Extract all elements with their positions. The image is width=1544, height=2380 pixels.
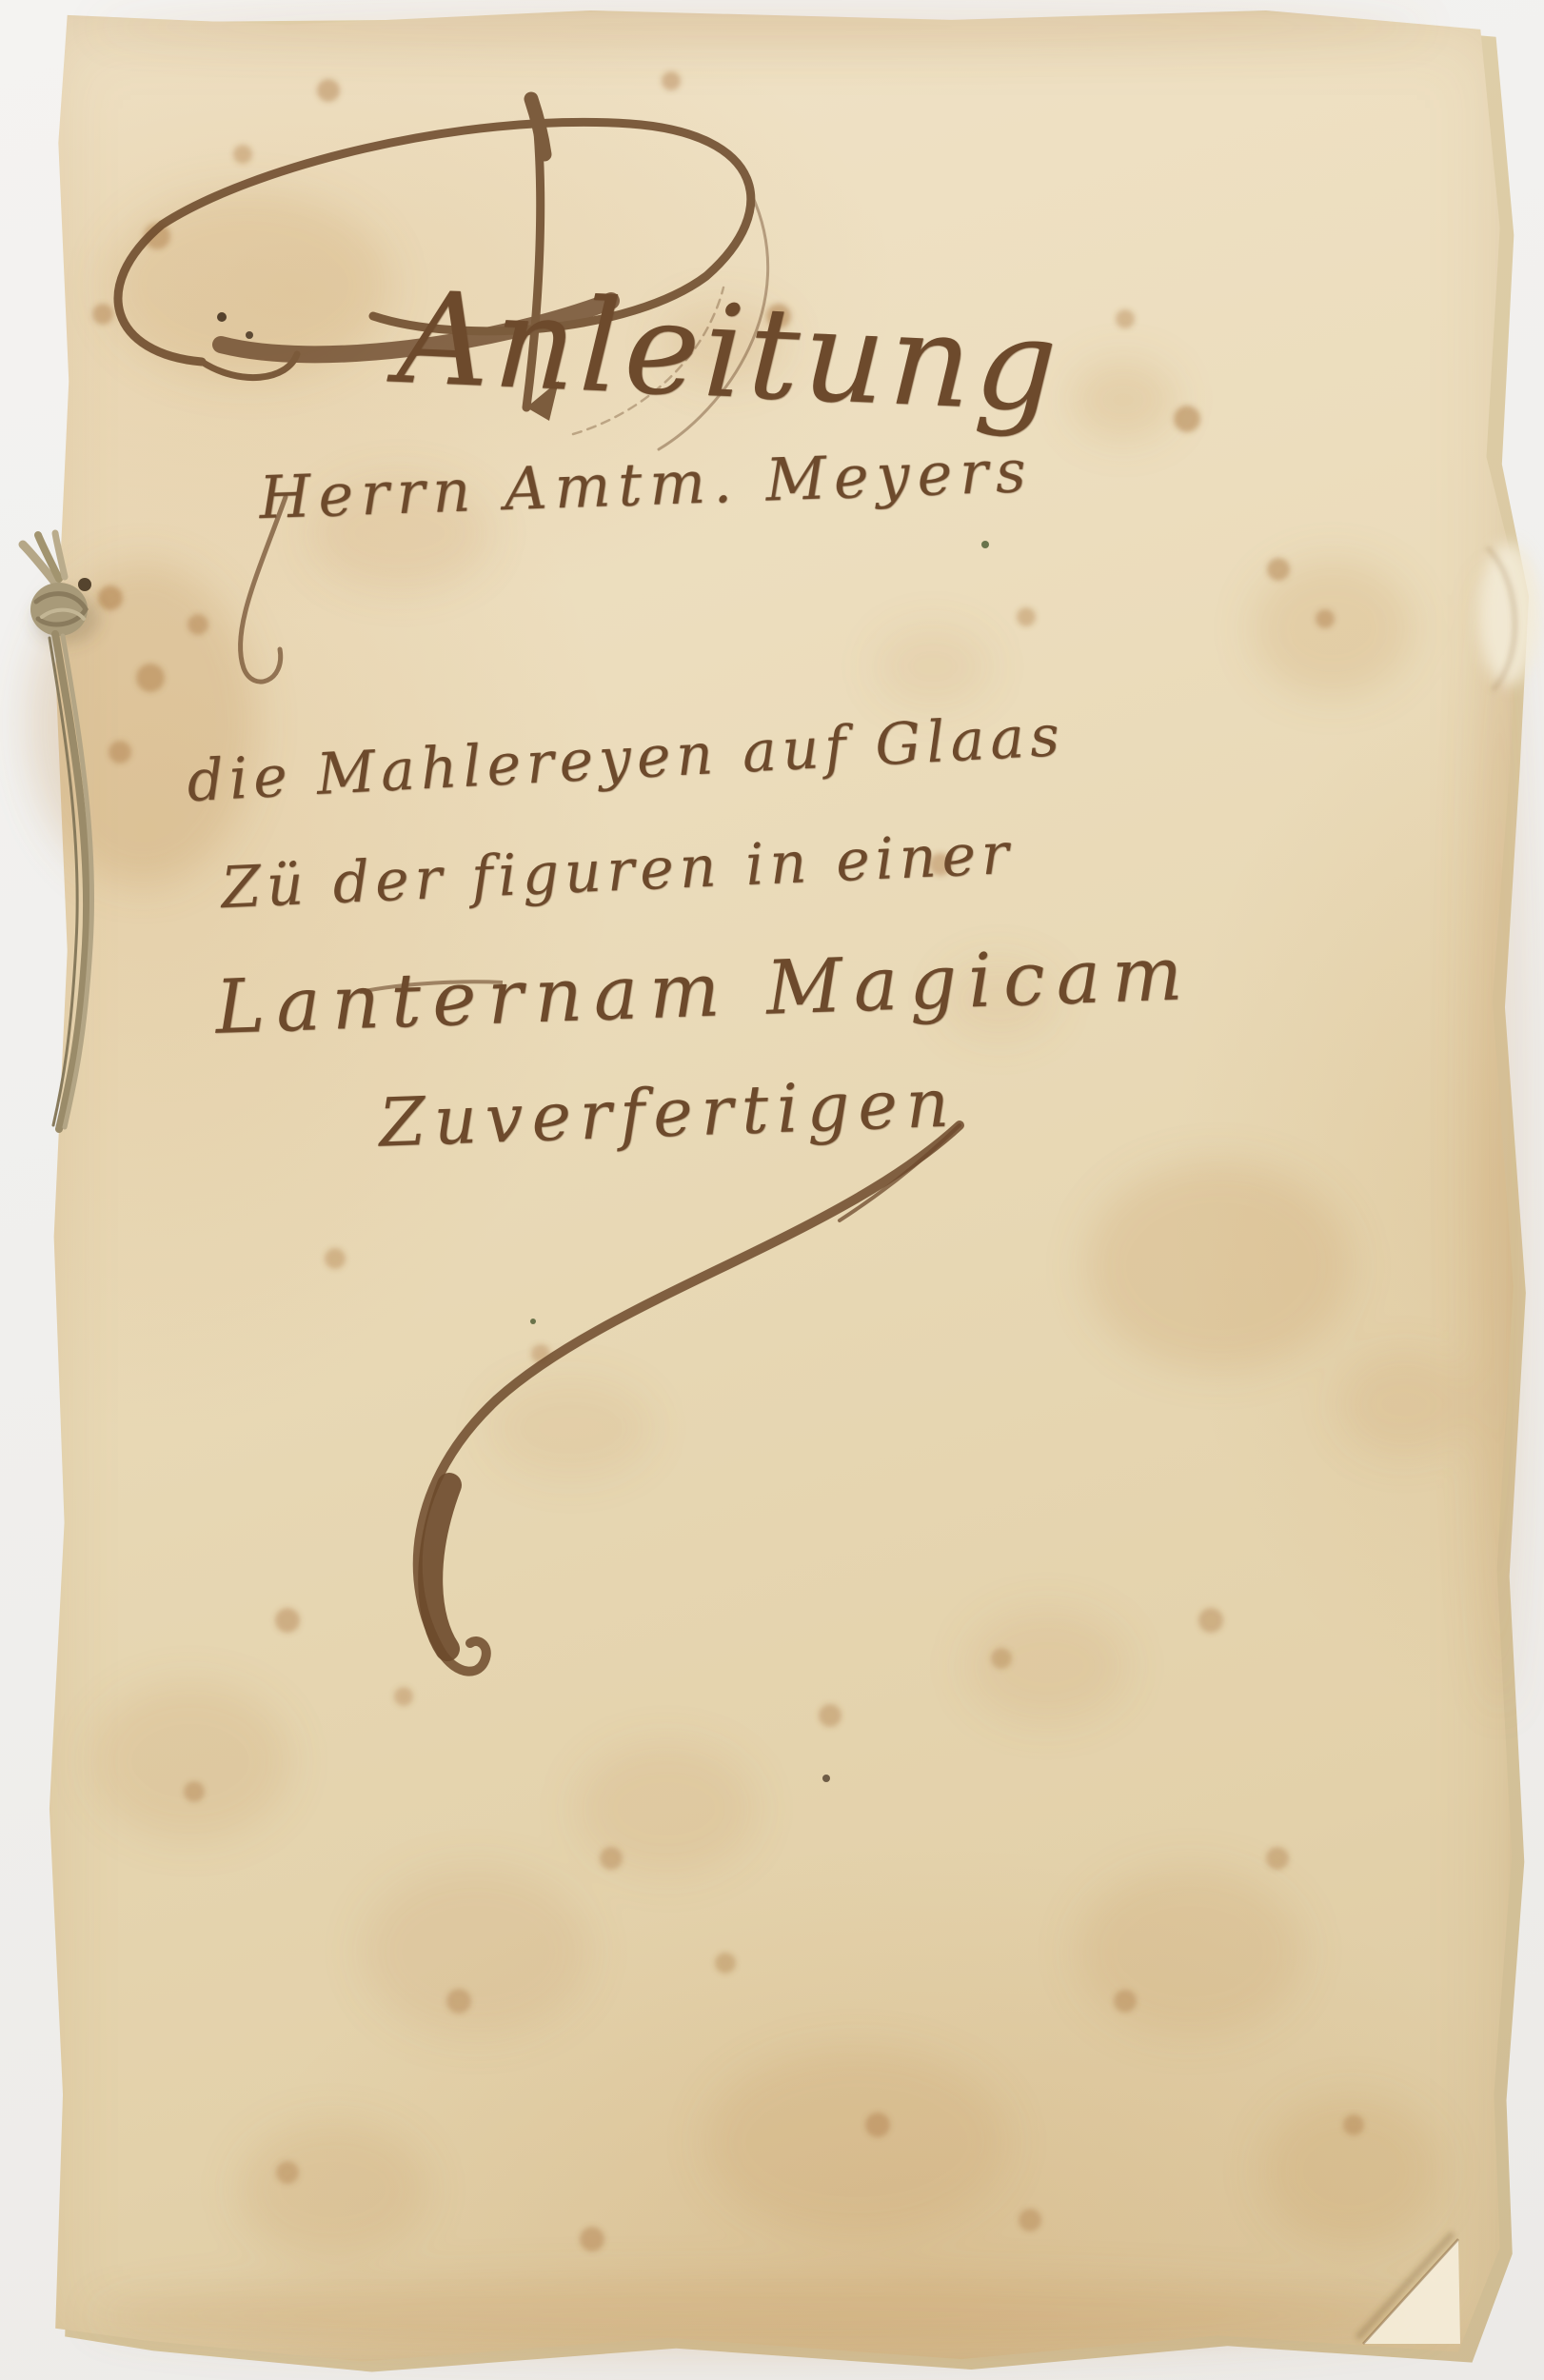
photo-background: Anleitung Herrn Amtm. Meyers die Mahlere…	[0, 0, 1544, 2380]
manuscript-title: Anleitung	[395, 264, 1063, 441]
signature-paraph-flourish	[418, 1125, 960, 1672]
